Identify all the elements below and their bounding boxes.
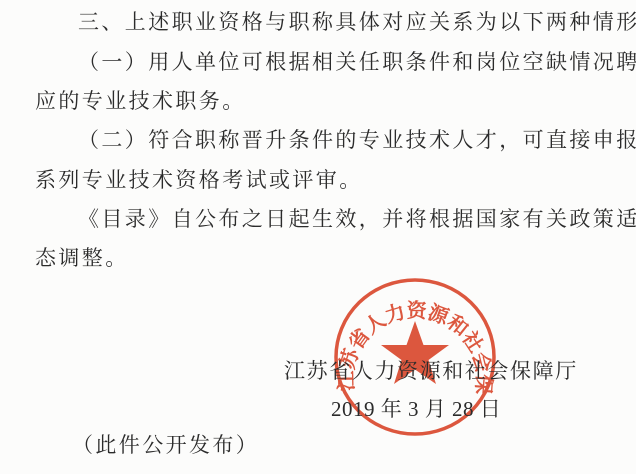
- paragraph-3-2-line-1: （二）符合职称晋升条件的专业技术人才，可直接申报相关: [78, 127, 636, 153]
- paragraph-3-1-line-1: （一）用人单位可根据相关任职条件和岗位空缺情况聘任相: [78, 49, 636, 75]
- paragraph-3-2-line-2: 系列专业技术资格考试或评审。: [35, 167, 363, 193]
- paragraph-3-line-1: 三、上述职业资格与职称具体对应关系为以下两种情形：: [78, 9, 636, 35]
- issuer-name: 江苏省人力资源和社会保障厅: [284, 358, 578, 384]
- document-page: 三、上述职业资格与职称具体对应关系为以下两种情形： （一）用人单位可根据相关任职…: [0, 0, 636, 474]
- paragraph-effective-line-2: 态调整。: [35, 245, 129, 271]
- publication-note: （此件公开发布）: [72, 432, 259, 458]
- paragraph-effective-line-1: 《目录》自公布之日起生效，并将根据国家有关政策适时动: [78, 206, 636, 232]
- paragraph-3-1-line-2: 应的专业技术职务。: [35, 88, 246, 114]
- issue-date: 2019 年 3 月 28 日: [331, 396, 501, 422]
